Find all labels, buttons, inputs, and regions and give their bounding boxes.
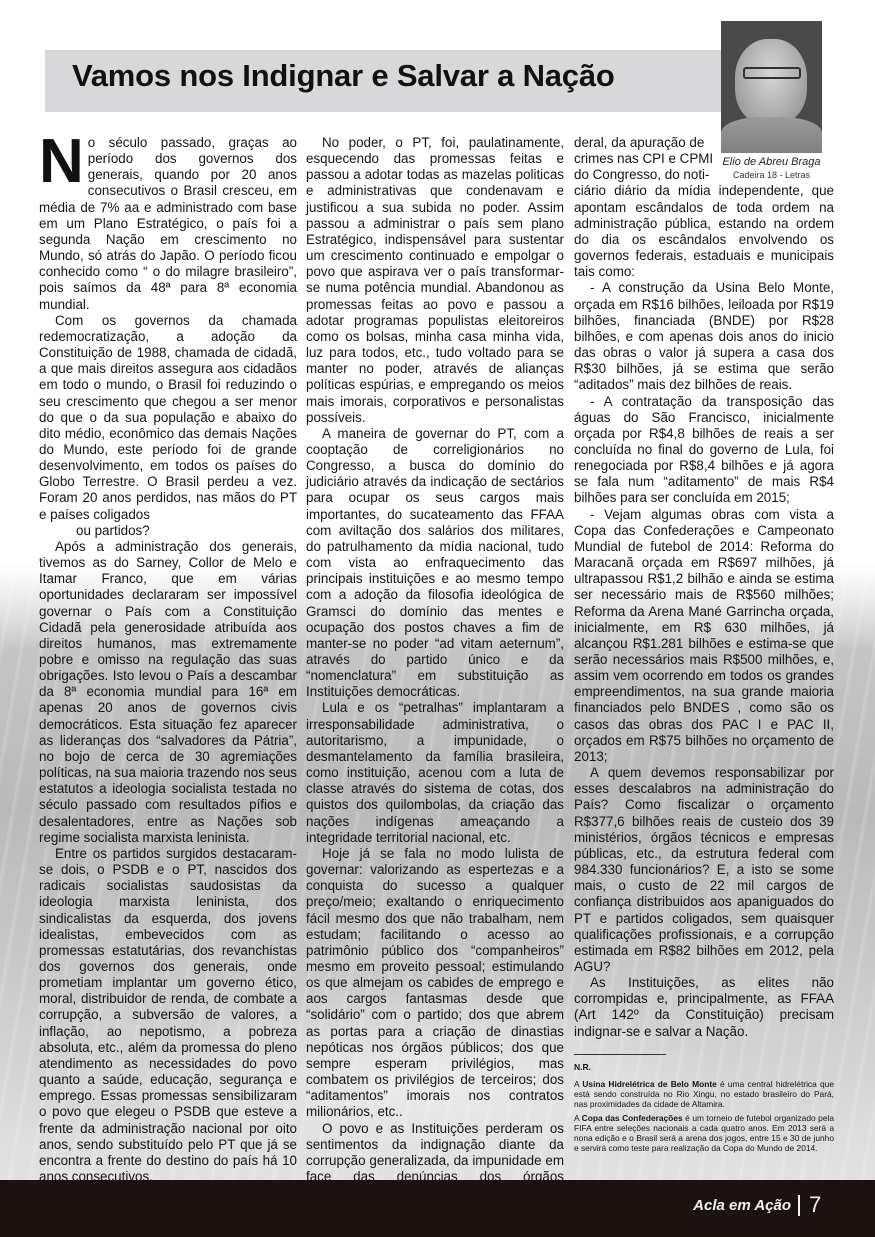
paragraph: No século passado, graças ao período dos… (39, 135, 297, 313)
column-1: No século passado, graças ao período dos… (39, 135, 297, 1185)
notes-label: N.R. (574, 1059, 834, 1075)
author-portrait-icon (721, 21, 822, 153)
magazine-name: Acla em Ação (693, 1197, 791, 1214)
column-2: No poder, o PT, foi, paulatinamente, esq… (306, 135, 564, 1201)
article-title: Vamos nos Indignar e Salvar a Nação (72, 58, 615, 94)
paragraph: As Instituições, as elites não corrompid… (574, 975, 834, 1040)
paragraph: - A construção da Usina Belo Monte, orça… (574, 280, 834, 393)
portrait-face (735, 39, 807, 125)
paragraph: ciário diário da mídia independente, que… (574, 183, 834, 280)
paragraph: - A contratação da transposição das água… (574, 394, 834, 507)
page-number: 7 (809, 1192, 821, 1218)
portrait-glasses (743, 67, 801, 79)
column-3: deral, da apuração de crimes nas CPI e C… (574, 135, 834, 1157)
paragraph: Após a administração dos generais, tivem… (39, 539, 297, 846)
paragraph: Hoje já se fala no modo lulista de gover… (306, 846, 564, 1121)
paragraph: Lula e os “petralhas” implantaram a irre… (306, 700, 564, 845)
paragraph: No poder, o PT, foi, paulatinamente, esq… (306, 135, 564, 426)
note-item: A Usina Hidrelétrica de Belo Monte é uma… (574, 1079, 834, 1109)
paragraph: ou partidos? (39, 523, 297, 539)
paragraph-wrap: deral, da apuração de crimes nas CPI e C… (574, 135, 717, 183)
drop-cap: N (39, 137, 84, 187)
paragraph: Entre os partidos surgidos destacaram-se… (39, 846, 297, 1185)
paragraph: A maneira de governar do PT, com a coopt… (306, 426, 564, 701)
footer-separator (798, 1195, 800, 1216)
notes-divider (574, 1054, 666, 1055)
note-item: A Copa das Confederações é um torneio de… (574, 1113, 834, 1153)
paragraph: A quem devemos responsabilizar por esses… (574, 765, 834, 975)
paragraph: - Vejam algumas obras com vista a Copa d… (574, 507, 834, 766)
paragraph: Com os governos da chamada redemocratiza… (39, 313, 297, 523)
